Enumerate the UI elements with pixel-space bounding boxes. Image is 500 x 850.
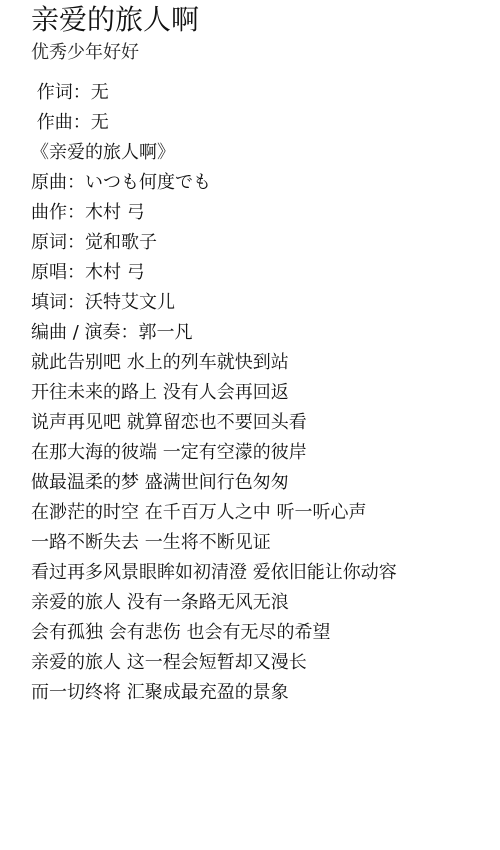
lyric-line: 而一切终将 汇聚成最充盈的景象 xyxy=(31,678,397,708)
lyric-line: 在渺茫的时空 在千百万人之中 听一听心声 xyxy=(31,498,397,528)
lyric-line: 亲爱的旅人 没有一条路无风无浪 xyxy=(31,588,397,618)
lyric-line: 会有孤独 会有悲伤 也会有无尽的希望 xyxy=(31,618,397,648)
lyric-line: 亲爱的旅人 这一程会短暂却又漫长 xyxy=(31,648,397,678)
lyric-line-song-name: 《亲爱的旅人啊》 xyxy=(31,138,397,168)
lyric-line-original-singer: 原唱：木村 弓 xyxy=(31,258,397,288)
lyrics-page: 亲爱的旅人啊 优秀少年好好 作词：无 作曲：无 《亲爱的旅人啊》 原曲：いつも何… xyxy=(0,0,500,850)
lyric-line: 在那大海的彼端 一定有空濛的彼岸 xyxy=(31,438,397,468)
lyric-line-original-song: 原曲：いつも何度でも xyxy=(31,168,397,198)
lyric-line: 做最温柔的梦 盛满世间行色匆匆 xyxy=(31,468,397,498)
song-artist: 优秀少年好好 xyxy=(31,40,139,66)
lyric-line: 开往未来的路上 没有人会再回返 xyxy=(31,378,397,408)
lyrics-list: 作词：无 作曲：无 《亲爱的旅人啊》 原曲：いつも何度でも 曲作：木村 弓 原词… xyxy=(31,78,397,708)
lyric-line-original-composer: 曲作：木村 弓 xyxy=(31,198,397,228)
lyric-line: 就此告别吧 水上的列车就快到站 xyxy=(31,348,397,378)
lyric-line-new-lyricist: 填词：沃特艾文儿 xyxy=(31,288,397,318)
lyric-line-lyricist: 作词：无 xyxy=(31,78,397,108)
lyric-line-composer: 作曲：无 xyxy=(31,108,397,138)
lyric-line-original-lyricist: 原词：觉和歌子 xyxy=(31,228,397,258)
lyric-line-arranger: 编曲 / 演奏：郭一凡 xyxy=(31,318,397,348)
lyric-line: 看过再多风景眼眸如初清澄 爱依旧能让你动容 xyxy=(31,558,397,588)
lyric-line: 说声再见吧 就算留恋也不要回头看 xyxy=(31,408,397,438)
song-title: 亲爱的旅人啊 xyxy=(31,2,199,38)
lyric-line: 一路不断失去 一生将不断见证 xyxy=(31,528,397,558)
